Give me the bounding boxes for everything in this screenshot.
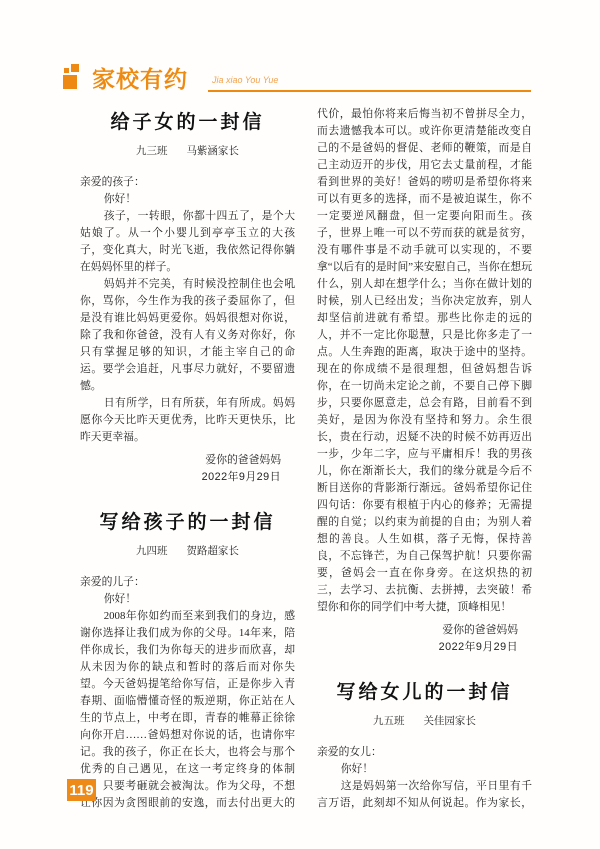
letter-body: 你好！孩子，一转眼，你都十四五了，是个大姑娘了。从一个小婴儿到亭亭玉立的大孩子，… <box>80 191 295 446</box>
letter-byline: 九五班关佳园家长 <box>317 713 532 730</box>
letter-salutation: 亲爱的孩子： <box>80 174 295 191</box>
letter-heading: 写给孩子的一封信 九四班贺路超家长 <box>80 510 295 560</box>
letter-signature: 爱你的爸爸妈妈 2022年9月29日 <box>80 452 295 486</box>
signature-name: 爱你的爸爸妈妈 <box>317 622 518 639</box>
letter-byline: 九四班贺路超家长 <box>80 543 295 560</box>
letter-paragraph: 孩子，一转眼，你都十四五了，是个大姑娘了。从一个小婴儿到亭亭玉立的大孩子，变化真… <box>80 208 295 276</box>
letter-paragraph: 妈妈并不完美，有时候没控制住也会吼你，骂你，今生作为我的孩子委屈你了，但是没有谁… <box>80 276 295 395</box>
letter-heading: 写给女儿的一封信 九五班关佳园家长 <box>317 680 532 730</box>
letter-heading: 给子女的一封信 九三班马紫涵家长 <box>80 110 295 160</box>
letter-article-1: 给子女的一封信 九三班马紫涵家长 亲爱的孩子： 你好！孩子，一转眼，你都十四五了… <box>80 110 295 486</box>
byline-class: 九四班 <box>136 546 168 557</box>
byline-author: 贺路超家长 <box>186 546 239 557</box>
letter-salutation: 亲爱的儿子： <box>80 574 295 591</box>
letter-byline: 九三班马紫涵家长 <box>80 143 295 160</box>
letter-title: 写给孩子的一封信 <box>80 510 295 536</box>
logo-square-tiny-icon <box>64 68 69 73</box>
signature-date: 2022年9月29日 <box>80 469 281 486</box>
letter-title: 给子女的一封信 <box>80 110 295 136</box>
brand-logo-mark <box>62 60 90 92</box>
byline-class: 九五班 <box>373 716 405 727</box>
letter-paragraph: 你好！ <box>80 591 295 608</box>
letter-title: 写给女儿的一封信 <box>317 680 532 706</box>
page-number-badge: 119 <box>67 779 96 801</box>
logo-square-small-icon <box>71 64 79 72</box>
byline-author: 马紫涵家长 <box>186 146 239 157</box>
brand-title: 家校有约 <box>92 61 188 94</box>
letter-signature: 爱你的爸爸妈妈 2022年9月29日 <box>317 622 532 656</box>
byline-class: 九三班 <box>136 146 168 157</box>
page-header: 家校有约 Jia xiao You Yue <box>62 60 531 92</box>
letter-paragraph: 日有所学，日有所获，年有所成。妈妈愿你今天比昨天更优秀，比昨天更快乐，比昨天更幸… <box>80 395 295 446</box>
magazine-page: 家校有约 Jia xiao You Yue 给子女的一封信 九三班马紫涵家长 亲… <box>0 0 600 849</box>
header-rule <box>208 90 531 92</box>
letter-paragraph: 你好！ <box>317 761 532 778</box>
signature-date: 2022年9月29日 <box>317 639 518 656</box>
signature-name: 爱你的爸爸妈妈 <box>80 452 281 469</box>
logo-square-large-icon <box>63 75 77 89</box>
brand-subtitle: Jia xiao You Yue <box>212 75 278 85</box>
letter-salutation: 亲爱的女儿： <box>317 744 532 761</box>
letters-columns: 给子女的一封信 九三班马紫涵家长 亲爱的孩子： 你好！孩子，一转眼，你都十四五了… <box>80 106 532 816</box>
byline-author: 关佳园家长 <box>423 716 476 727</box>
letter-paragraph: 你好！ <box>80 191 295 208</box>
